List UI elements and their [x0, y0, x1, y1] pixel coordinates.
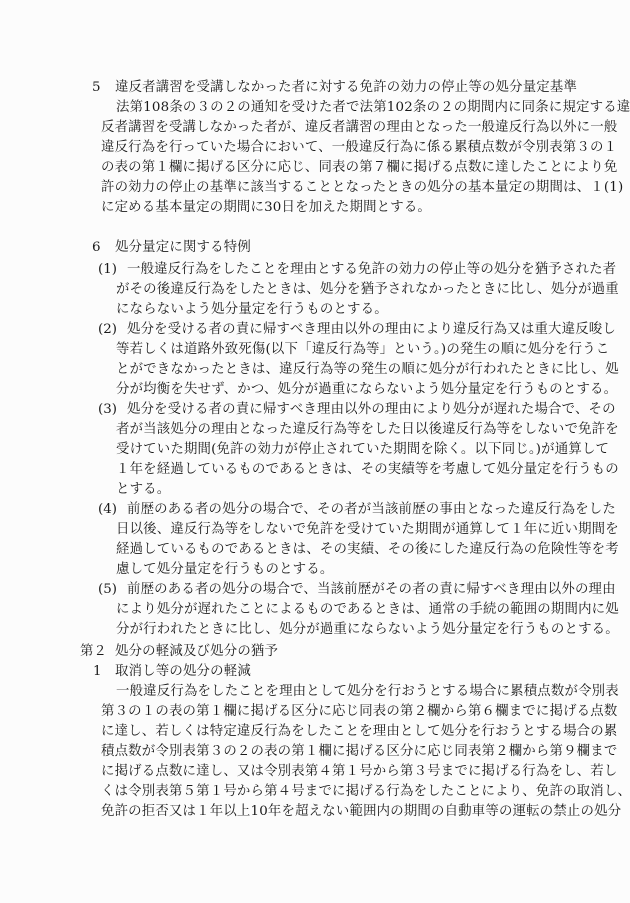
item-line: とする。	[116, 480, 170, 500]
part-2-sub-1-number: 1	[93, 662, 102, 682]
item-line: とができなかったときは、違反行為等の発生の順に処分が行われたときに比し、処	[116, 360, 619, 380]
item-line: 前歴のある者の処分の場合で、当該前歴がその者の責に帰すべき理由以外の理由	[127, 580, 616, 600]
item-line: にならないよう処分量定を行うものとする。	[116, 300, 388, 320]
item-line: 慮して処分量定を行うものとする。	[116, 560, 333, 580]
item-line: １年を経過しているものであるときは、その実績等を考慮して処分量定を行うもの	[116, 460, 619, 480]
section-5-heading: 違反者講習を受講しなかった者に対する免許の効力の停止等の処分量定基準	[115, 78, 577, 98]
item-line: 経過しているものであるときは、その実績、その後にした違反行為の危険性等を考	[116, 540, 619, 560]
section-6-heading: 処分量定に関する特例	[115, 238, 251, 258]
item-line: により処分が遅れたことによるものであるときは、通常の手続の範囲の期間内に処	[116, 600, 619, 620]
item-line: 等若しくは道路外致死傷(以下「違反行為等」という。)の発生の順に処分を行うこ	[116, 340, 609, 360]
item-line: 一般違反行為をしたことを理由とする免許の効力の停止等の処分を猶予された者	[127, 260, 616, 280]
part-2-line: 一般違反行為をしたことを理由として処分を行おうとする場合に累積点数が令別表	[116, 682, 619, 702]
part-2-line: 第３の１の表の第１欄に掲げる区分に応じ同表の第２欄から第６欄までに掲げる点数	[101, 702, 617, 722]
item-line: 分が均衡を失せず、かつ、処分が過重にならないよう処分量定を行うものとする。	[116, 380, 617, 400]
item-line: 処分を受ける者の責に帰すべき理由以外の理由により違反行為又は重大違反唆し	[127, 320, 616, 340]
part-2-heading: 処分の軽減及び処分の猶予	[115, 642, 278, 662]
item-label: (1)	[98, 260, 117, 280]
section-5-line: の表の第１欄に掲げる区分に応じ、同表の第７欄に掲げる点数に達したことにより免	[101, 158, 617, 178]
item-line: 前歴のある者の処分の場合で、その者が当該前歴の事由となった違反行為をした	[127, 500, 616, 520]
section-5-number: 5	[92, 78, 101, 98]
item-label: (3)	[98, 400, 117, 420]
item-label: (5)	[98, 580, 117, 600]
section-6-number: 6	[92, 238, 101, 258]
item-line: 処分を受ける者の責に帰すべき理由以外の理由により処分が遅れた場合で、その	[127, 400, 616, 420]
section-5-line: 反者講習を受講しなかった者が、違反者講習の理由となった一般違反行為以外に一般	[101, 118, 617, 138]
item-line: 受けていた期間(免許の効力が停止されていた期間を除く。以下同じ。)が通算して	[116, 440, 609, 460]
part-2-sub-1-heading: 取消し等の処分の軽減	[115, 662, 251, 682]
item-label: (2)	[98, 320, 117, 340]
item-line: 分が行われたときに比し、処分が過重にならないよう処分量定を行うものとする。	[116, 620, 619, 640]
part-2-line: に掲げる点数に達し、又は令別表第４第１号から第３号までに掲げる行為をし、若し	[101, 762, 617, 782]
part-2-line: くは令別表第５第１号から第４号までに掲げる行為をしたことにより、免許の取消し、	[101, 782, 630, 802]
section-5-line: 違反行為を行っていた場合において、一般違反行為に係る累積点数が令別表第３の１	[101, 138, 617, 158]
part-2-line: 積点数が令別表第３の２の表の第１欄に掲げる区分に応じ同表第２欄から第９欄まで	[101, 742, 617, 762]
item-line: がその後違反行為をしたときは、処分を猶予されなかったときに比し、処分が過重	[116, 280, 619, 300]
item-label: (4)	[98, 500, 117, 520]
item-line: 者が当該処分の理由となった違反行為等をした日以後違反行為等をしないで免許を	[116, 420, 619, 440]
part-2-line: に達し、若しくは特定違反行為をしたことを理由として処分を行おうとする場合の累	[101, 722, 617, 742]
section-5-line: 許の効力の停止の基準に該当することとなったときの処分の基本量定の期間は、１(1)	[101, 178, 623, 198]
part-2-line: 免許の拒否又は１年以上10年を超えない範囲内の期間の自動車等の運転の禁止の処分	[101, 802, 621, 822]
section-5-line: 法第108条の３の２の通知を受けた者で法第102条の２の期間内に同条に規定する違	[116, 98, 630, 118]
item-line: 日以後、違反行為等をしないで免許を受けていた期間が通算して１年に近い期間を	[116, 520, 619, 540]
part-2-number: 第２	[80, 642, 107, 662]
section-5-line: に定める基本量定の期間に30日を加えた期間とする。	[101, 198, 431, 218]
